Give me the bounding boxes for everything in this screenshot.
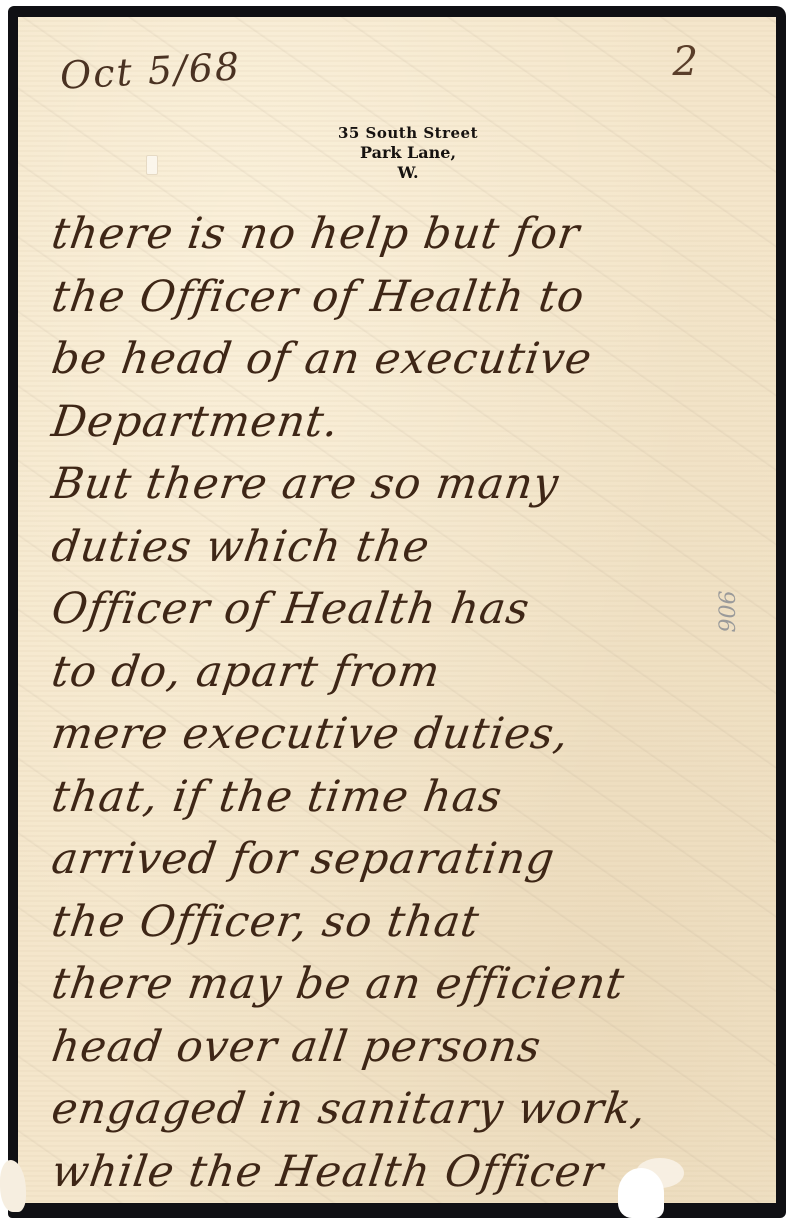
body-line: arrived for separating bbox=[48, 828, 777, 891]
body-line: duties which the bbox=[48, 516, 777, 579]
body-line: engaged in sanitary work, bbox=[48, 1078, 777, 1141]
body-line: the Officer of Health to bbox=[48, 266, 777, 329]
letterhead: 35 South Street Park Lane, W. bbox=[308, 123, 508, 183]
letter-paper: Oct 5/68 2 35 South Street Park Lane, W.… bbox=[18, 17, 776, 1203]
body-line: the Officer, so that bbox=[48, 891, 777, 954]
body-line: that, if the time has bbox=[48, 766, 777, 829]
letterhead-street: 35 South Street bbox=[308, 123, 508, 143]
body-line: mere executive duties, bbox=[48, 703, 777, 766]
body-line: But there are so many bbox=[48, 453, 777, 516]
letterhead-district: W. bbox=[308, 163, 508, 183]
letter-date: Oct 5/68 bbox=[59, 44, 242, 97]
archive-pencil-number: 906 bbox=[713, 591, 738, 633]
body-line: Officer of Health has bbox=[48, 578, 777, 641]
punch-hole bbox=[146, 155, 158, 175]
body-line: there is no help but for bbox=[48, 203, 777, 266]
letterhead-area: Park Lane, bbox=[308, 143, 508, 163]
body-line: Department. bbox=[48, 391, 777, 454]
mourning-border-sheet: Oct 5/68 2 35 South Street Park Lane, W.… bbox=[8, 6, 786, 1218]
body-line: be head of an executive bbox=[48, 328, 777, 391]
letter-body: there is no help but for the Officer of … bbox=[52, 203, 772, 1203]
page-number: 2 bbox=[673, 39, 698, 85]
body-line: head over all persons bbox=[48, 1016, 777, 1079]
paper-tear-bottom bbox=[618, 1168, 664, 1218]
body-line: there may be an efficient bbox=[48, 953, 777, 1016]
body-line: to do, apart from bbox=[48, 641, 777, 704]
